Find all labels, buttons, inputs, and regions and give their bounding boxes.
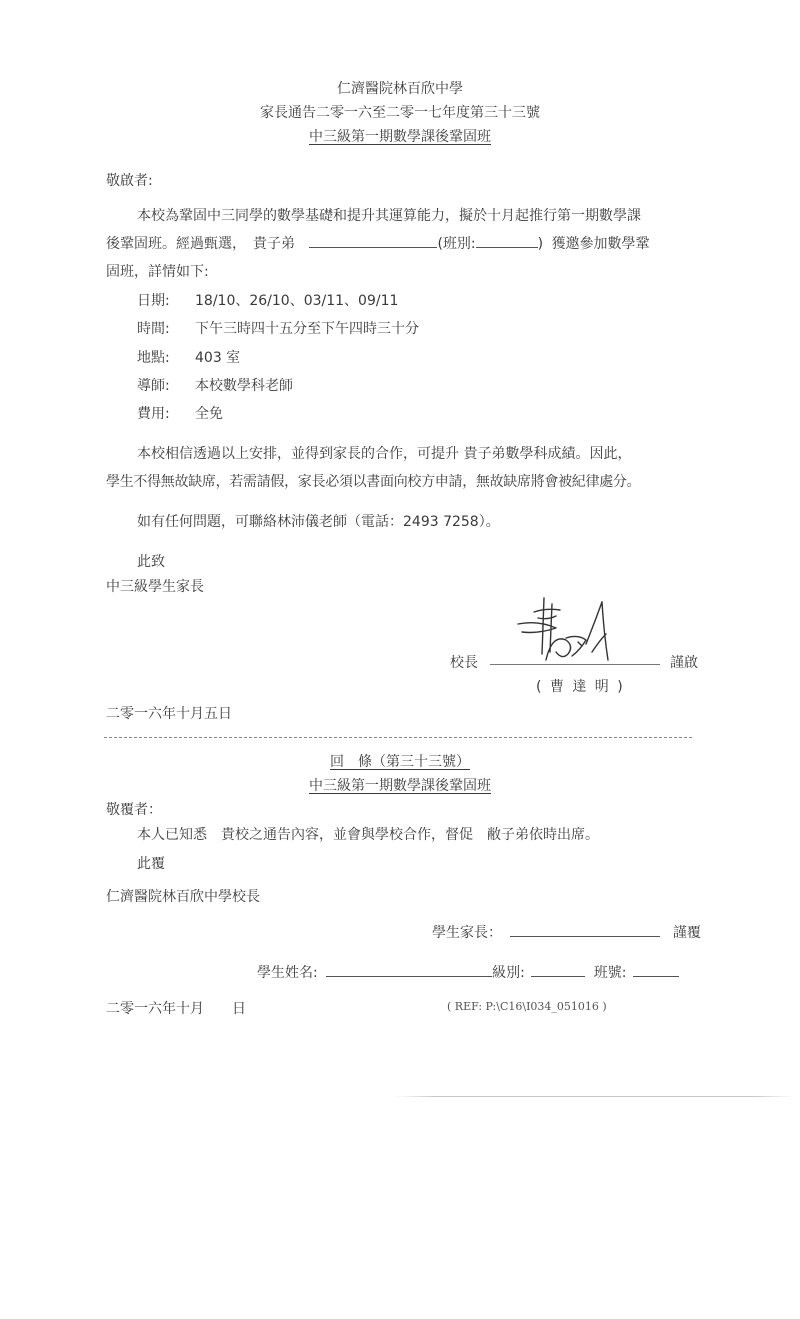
para1-line2-prefix: 後鞏固班。經過甄選， 貴子弟 [106, 236, 295, 252]
student-name-label: 學生姓名: [257, 965, 318, 981]
detail-value: 本校數學科老師 [195, 378, 293, 394]
parent-signature-row: 學生家長： 謹覆 [432, 922, 701, 942]
detail-row-time: 時間:下午三時四十五分至下午四時三十分 [137, 318, 419, 338]
student-name-field[interactable] [326, 962, 492, 977]
reply-addressee: 仁濟醫院林百欣中學校長 [106, 886, 260, 906]
class-close: ) [538, 236, 543, 252]
para1-line3: 固班，詳情如下: [106, 261, 209, 281]
notice-subject-text: 中三級第一期數學課後鞏固班 [309, 129, 491, 145]
reply-closing: 此覆 [137, 853, 165, 873]
notice-subject: 中三級第一期數學課後鞏固班 [0, 126, 800, 146]
student-name-blank[interactable] [309, 233, 437, 248]
para3-contact: 如有任何問題，可聯絡林沛儀老師（電話：2493 7258）。 [137, 511, 500, 531]
detail-label: 導師: [137, 375, 195, 395]
class-label: (班別: [437, 236, 475, 252]
principal-name: ( 曹 達 明 ) [536, 676, 625, 696]
reply-subject: 中三級第一期數學課後鞏固班 [0, 775, 800, 795]
class-blank[interactable] [476, 233, 538, 248]
signatory-label: 校長 [450, 652, 478, 672]
detail-value: 全免 [195, 406, 223, 422]
notice-date: 二零一六年十月五日 [106, 703, 232, 723]
detail-label: 地點: [137, 347, 195, 367]
addressee: 中三級學生家長 [106, 576, 204, 596]
student-info-row: 學生姓名: 級別: 班號: [257, 962, 679, 982]
reference-code: ( REF: P:\C16\I034_051016 ) [447, 1000, 607, 1013]
school-name: 仁濟醫院林百欣中學 [0, 78, 800, 98]
para2-line1: 本校相信透過以上安排，並得到家長的合作，可提升 貴子弟數學科成績。因此， [137, 443, 631, 463]
reply-title: 回 條（第三十三號） [0, 751, 800, 771]
detail-label: 日期: [137, 290, 195, 310]
parent-suffix: 謹覆 [673, 925, 701, 941]
para1-line2: 後鞏固班。經過甄選， 貴子弟 (班別:) 獲邀參加數學鞏 [106, 233, 650, 253]
class-no-label: 班號: [594, 965, 627, 981]
grade-field[interactable] [531, 962, 585, 977]
detail-label: 時間: [137, 318, 195, 338]
parent-signature-field[interactable] [510, 922, 660, 937]
detail-value: 下午三時四十五分至下午四時三十分 [195, 321, 419, 337]
parent-label: 學生家長： [432, 925, 502, 941]
signatory-suffix: 謹啟 [670, 652, 698, 672]
grade-label: 級別: [492, 965, 525, 981]
para1-line1: 本校為鞏固中三同學的數學基礎和提升其運算能力，擬於十月起推行第一期數學課 [137, 205, 641, 225]
tear-off-line [104, 737, 692, 738]
closing: 此致 [137, 551, 165, 571]
salutation: 敬啟者: [106, 170, 153, 190]
detail-value: 403 室 [195, 350, 240, 366]
para2-line2: 學生不得無故缺席，若需請假，家長必須以書面向校方申請，無故缺席將會被紀律處分。 [106, 471, 640, 491]
reply-date: 二零一六年十月 日 [106, 998, 246, 1018]
notice-title: 家長通告二零一六至二零一七年度第三十三號 [0, 102, 800, 122]
reply-subject-text: 中三級第一期數學課後鞏固班 [309, 778, 491, 794]
class-no-field[interactable] [633, 962, 679, 977]
reply-title-text: 回 條（第三十三號） [330, 754, 470, 770]
detail-value: 18/10、26/10、03/11、09/11 [195, 293, 398, 309]
para1-line2-suffix: 獲邀參加數學鞏 [552, 236, 650, 252]
reply-body: 本人已知悉 貴校之通告內容，並會與學校合作，督促 敝子弟依時出席。 [137, 824, 599, 844]
detail-label: 費用: [137, 403, 195, 423]
detail-row-date: 日期:18/10、26/10、03/11、09/11 [137, 290, 398, 310]
detail-row-venue: 地點:403 室 [137, 347, 240, 367]
detail-row-fee: 費用:全免 [137, 403, 223, 423]
scan-artifact-line [395, 1096, 795, 1097]
detail-row-tutor: 導師:本校數學科老師 [137, 375, 293, 395]
signature-icon [508, 594, 628, 666]
reply-salutation: 敬覆者： [106, 799, 162, 819]
